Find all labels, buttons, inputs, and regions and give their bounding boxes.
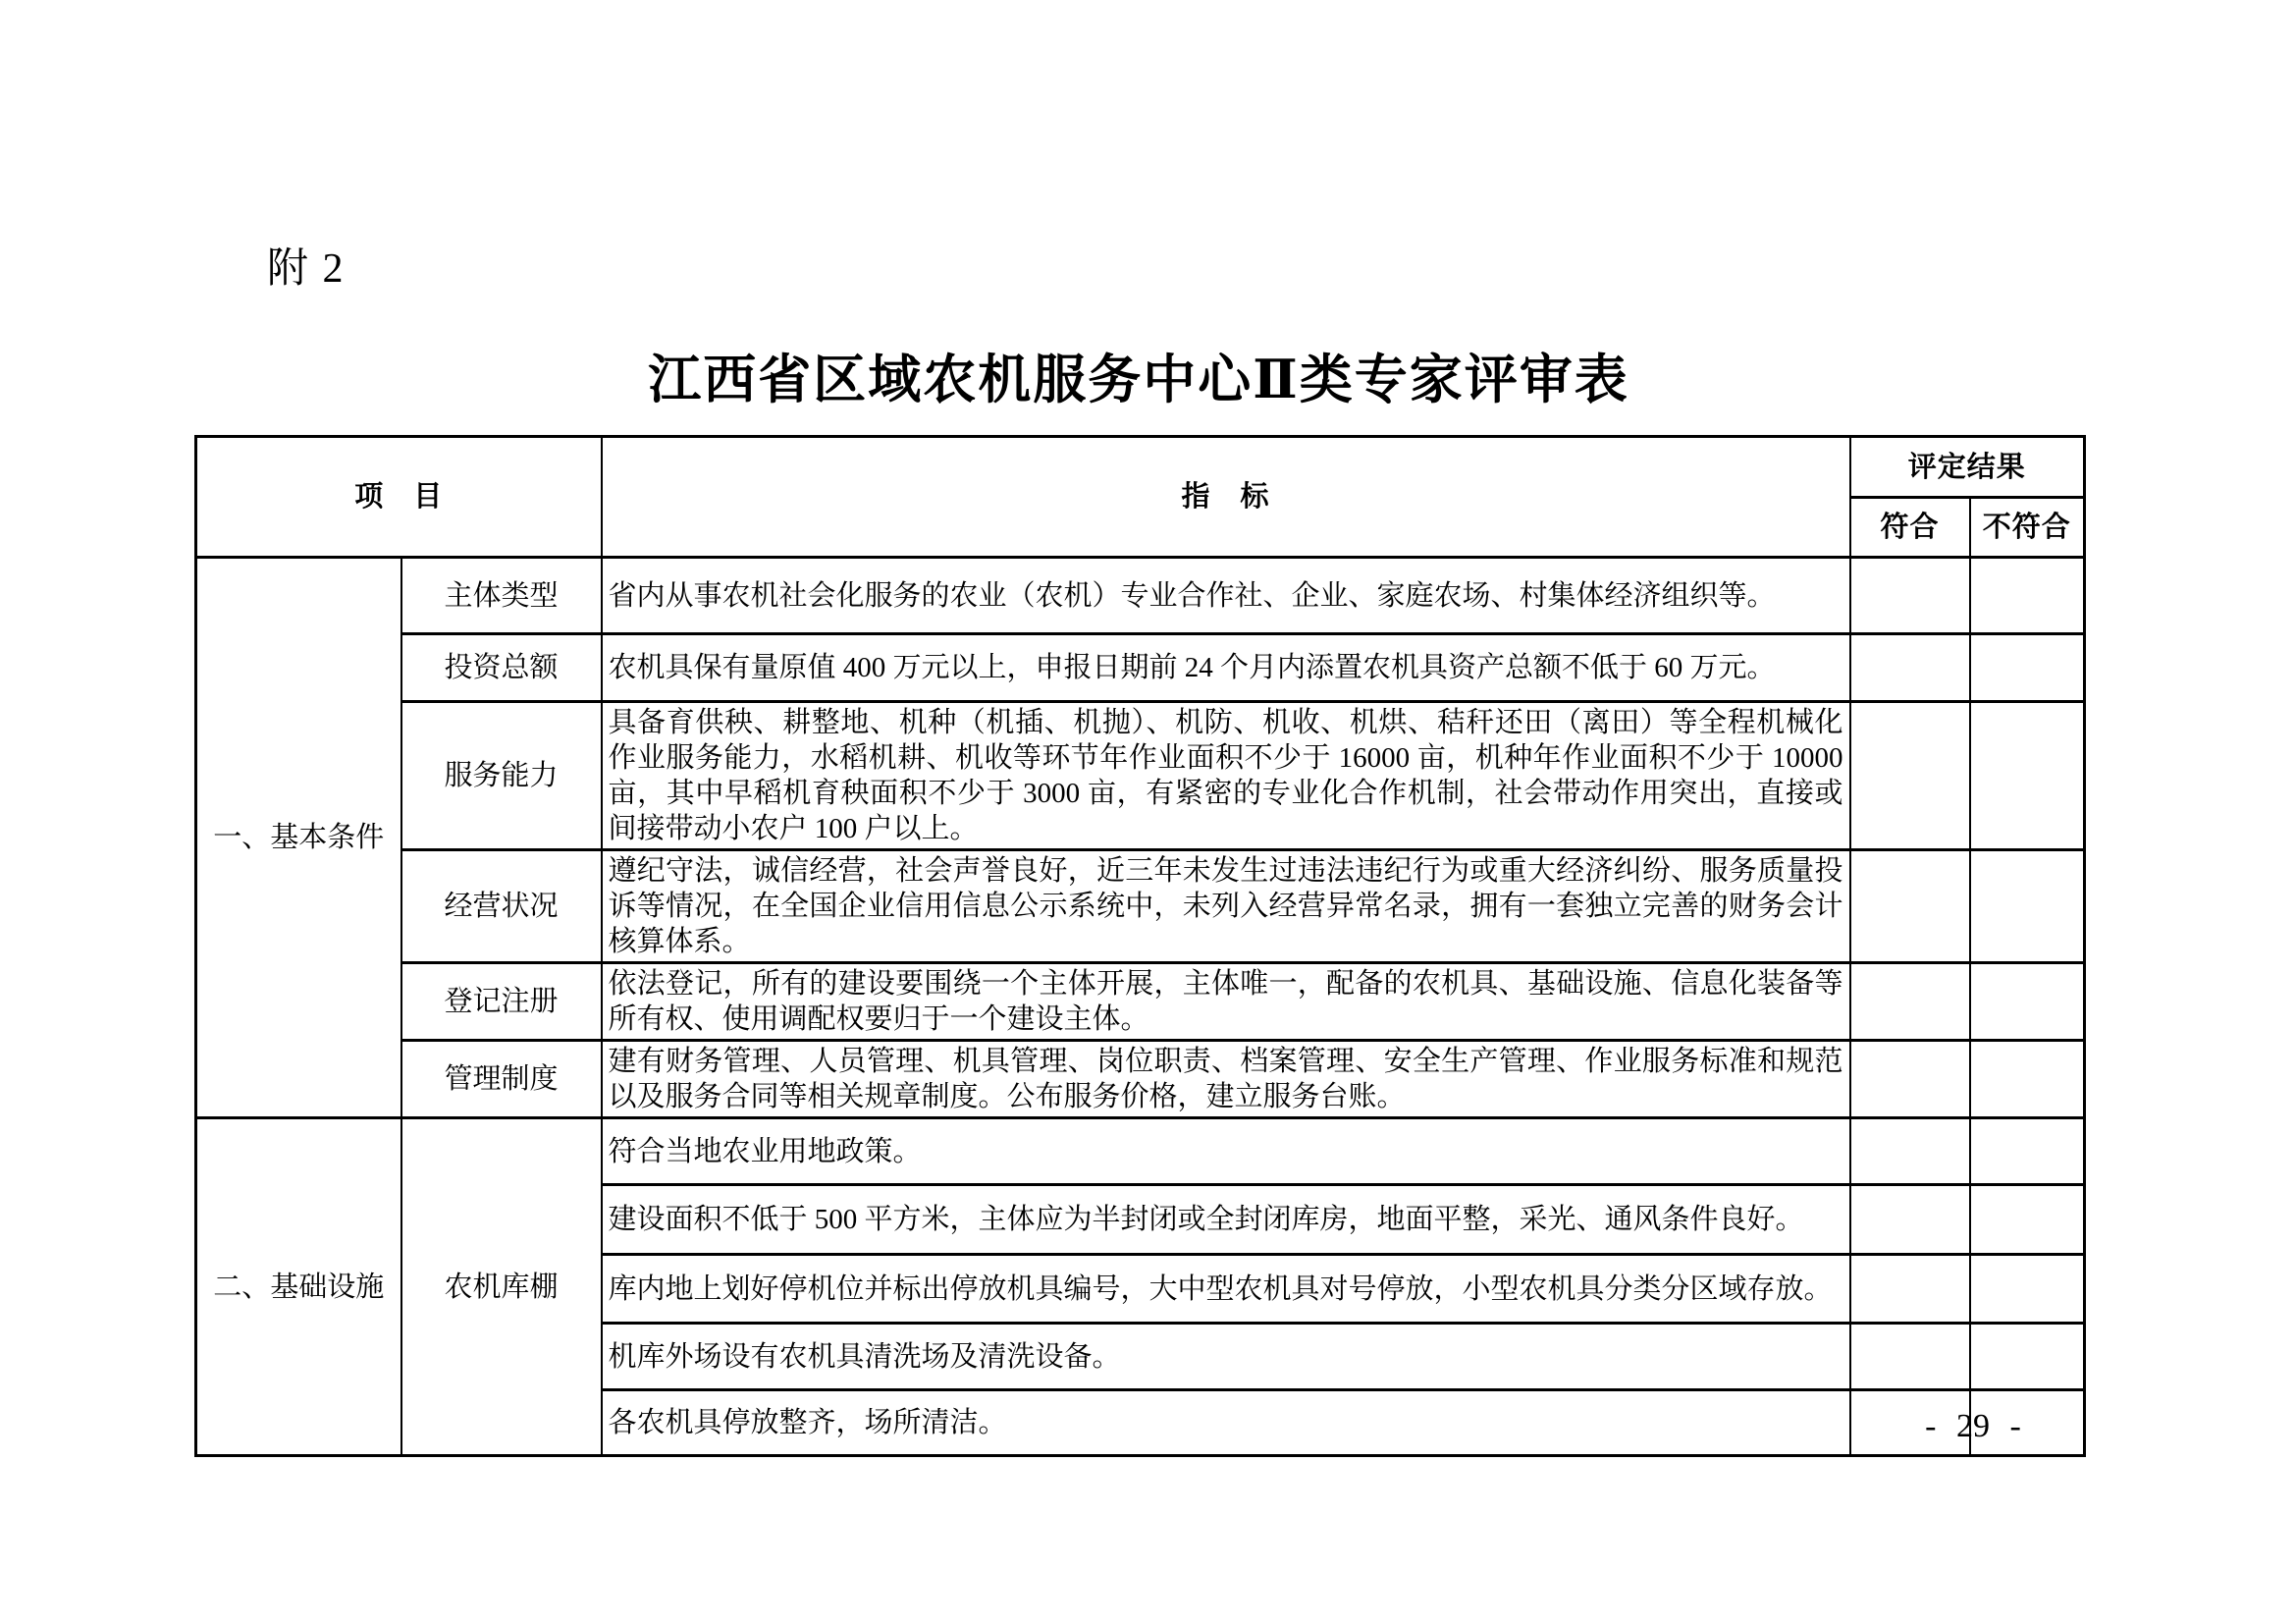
attachment-label: 附 2 — [267, 236, 346, 295]
header-row-1: 项 目 指 标 评定结果 — [196, 437, 2085, 498]
subitem-cell: 管理制度 — [401, 1041, 602, 1118]
subitem-cell-machinery-shed: 农机库棚 — [401, 1118, 602, 1456]
table-row: 管理制度 建有财务管理、人员管理、机具管理、岗位职责、档案管理、安全生产管理、作… — [196, 1041, 2085, 1118]
subitem-cell: 经营状况 — [401, 850, 602, 963]
category-cell-basic-conditions: 一、基本条件 — [196, 558, 401, 1118]
subitem-cell: 登记注册 — [401, 963, 602, 1041]
indicator-cell: 库内地上划好停机位并标出停放机具编号，大中型农机具对号停放，小型农机具分类分区域… — [602, 1255, 1850, 1324]
nonconform-cell — [1970, 963, 2085, 1041]
nonconform-cell — [1970, 1324, 2085, 1390]
table-row: 投资总额 农机具保有量原值 400 万元以上，申报日期前 24 个月内添置农机具… — [196, 634, 2085, 702]
nonconform-cell — [1970, 1118, 2085, 1185]
indicator-cell: 农机具保有量原值 400 万元以上，申报日期前 24 个月内添置农机具资产总额不… — [602, 634, 1850, 702]
table-row: 服务能力 具备育供秧、耕整地、机种（机插、机抛）、机防、机收、机烘、秸秆还田（离… — [196, 702, 2085, 850]
header-conform: 符合 — [1850, 498, 1970, 558]
header-result: 评定结果 — [1850, 437, 2085, 498]
indicator-cell: 依法登记，所有的建设要围绕一个主体开展，主体唯一，配备的农机具、基础设施、信息化… — [602, 963, 1850, 1041]
nonconform-cell — [1970, 1185, 2085, 1255]
nonconform-cell — [1970, 850, 2085, 963]
subitem-cell: 服务能力 — [401, 702, 602, 850]
conform-cell — [1850, 1255, 1970, 1324]
review-table: 项 目 指 标 评定结果 符合 不符合 一、基本条件 主体类型 省内从事农机社会… — [194, 435, 2086, 1457]
nonconform-cell — [1970, 558, 2085, 634]
indicator-cell: 符合当地农业用地政策。 — [602, 1118, 1850, 1185]
header-indicator: 指 标 — [602, 437, 1850, 558]
document-page: 附 2 江西省区域农机服务中心Ⅱ类专家评审表 项 目 指 标 评定结果 符合 不… — [0, 0, 2296, 1624]
header-nonconform: 不符合 — [1970, 498, 2085, 558]
indicator-cell: 各农机具停放整齐，场所清洁。 — [602, 1390, 1850, 1456]
indicator-cell: 建有财务管理、人员管理、机具管理、岗位职责、档案管理、安全生产管理、作业服务标准… — [602, 1041, 1850, 1118]
header-item: 项 目 — [196, 437, 602, 558]
conform-cell — [1850, 963, 1970, 1041]
conform-cell — [1850, 1118, 1970, 1185]
conform-cell — [1850, 558, 1970, 634]
conform-cell — [1850, 1041, 1970, 1118]
nonconform-cell — [1970, 702, 2085, 850]
nonconform-cell — [1970, 1041, 2085, 1118]
indicator-cell: 机库外场设有农机具清洗场及清洗设备。 — [602, 1324, 1850, 1390]
table-row: 经营状况 遵纪守法，诚信经营，社会声誉良好，近三年未发生过违法违纪行为或重大经济… — [196, 850, 2085, 963]
indicator-cell: 建设面积不低于 500 平方米，主体应为半封闭或全封闭库房，地面平整，采光、通风… — [602, 1185, 1850, 1255]
conform-cell — [1850, 850, 1970, 963]
conform-cell — [1850, 634, 1970, 702]
conform-cell — [1850, 1185, 1970, 1255]
conform-cell — [1850, 1324, 1970, 1390]
indicator-cell: 省内从事农机社会化服务的农业（农机）专业合作社、企业、家庭农场、村集体经济组织等… — [602, 558, 1850, 634]
indicator-cell: 具备育供秧、耕整地、机种（机插、机抛）、机防、机收、机烘、秸秆还田（离田）等全程… — [602, 702, 1850, 850]
nonconform-cell — [1970, 1255, 2085, 1324]
table-row: 一、基本条件 主体类型 省内从事农机社会化服务的农业（农机）专业合作社、企业、家… — [196, 558, 2085, 634]
subitem-cell: 投资总额 — [401, 634, 602, 702]
table-row: 登记注册 依法登记，所有的建设要围绕一个主体开展，主体唯一，配备的农机具、基础设… — [196, 963, 2085, 1041]
page-number: - 29 - — [1845, 1408, 2101, 1445]
nonconform-cell — [1970, 634, 2085, 702]
indicator-cell: 遵纪守法，诚信经营，社会声誉良好，近三年未发生过违法违纪行为或重大经济纠纷、服务… — [602, 850, 1850, 963]
category-cell-infrastructure: 二、基础设施 — [196, 1118, 401, 1456]
conform-cell — [1850, 702, 1970, 850]
page-title: 江西省区域农机服务中心Ⅱ类专家评审表 — [194, 338, 2083, 413]
table-row: 二、基础设施 农机库棚 符合当地农业用地政策。 — [196, 1118, 2085, 1185]
subitem-cell: 主体类型 — [401, 558, 602, 634]
